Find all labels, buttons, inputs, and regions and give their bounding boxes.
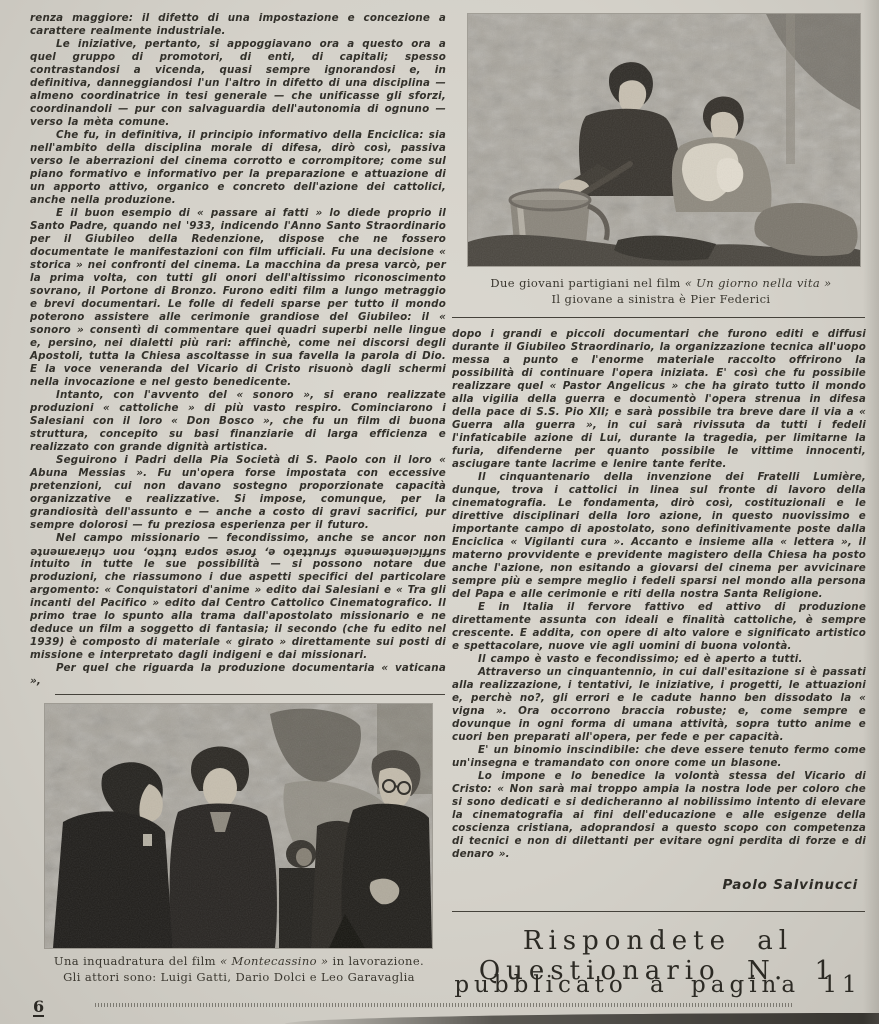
paragraph: E' un binomio inscindibile: che deve ess…: [452, 744, 866, 770]
caption-text: in lavorazione.: [328, 954, 424, 968]
caption-text: Due giovani partigiani nel film: [490, 276, 684, 290]
paragraph: Attraverso un cinquantennio, in cui dall…: [452, 666, 866, 744]
caption-text-line2: Il giovane a sinistra è Pier Federici: [455, 292, 867, 308]
paragraph: Seguirono i Padri della Pia Società di S…: [30, 454, 446, 532]
film-title: « Un giorno nella vita »: [685, 276, 832, 290]
questionnaire-notice-line2: pubblicato a pagina 11: [448, 972, 868, 998]
left-column: renza maggiore: il difetto di una impost…: [30, 12, 446, 688]
page-number: 6: [33, 998, 44, 1017]
divider-rule: [55, 694, 445, 695]
paragraph: renza maggiore: il difetto di una impost…: [30, 12, 446, 38]
photo-bottom-caption: Una inquadratura del film « Montecassino…: [38, 954, 440, 985]
paragraph: Che fu, in definitiva, il principio info…: [30, 129, 446, 207]
right-column: dopo i grandi e piccoli documentari che …: [452, 328, 866, 861]
montecassino-photo: [45, 704, 432, 948]
page-edge-shading: [863, 0, 879, 1024]
paragraph: intuito in tutte le sue possibilità — si…: [30, 558, 446, 662]
paragraph: Il cinquantenario della invenzione dei F…: [452, 471, 866, 601]
paragraph: dopo i grandi e piccoli documentari che …: [452, 328, 866, 471]
paragraph: Intanto, con l'avvento del « sonoro », s…: [30, 389, 446, 454]
film-title: « Montecassino »: [220, 954, 328, 968]
paragraph: Il campo è vasto e fecondissimo; ed è ap…: [452, 653, 866, 666]
paragraph: Per quel che riguarda la produzione docu…: [30, 662, 446, 688]
montecassino-photo-art: [45, 704, 432, 948]
caption-text-line2: Gli attori sono: Luigi Gatti, Dario Dolc…: [38, 970, 440, 986]
paragraph: E il buon esempio di « passare ai fatti …: [30, 207, 446, 389]
paragraph: Lo impone e lo benedice la volontà stess…: [452, 770, 866, 861]
paragraph: Le iniziative, pertanto, si appoggiavano…: [30, 38, 446, 129]
author-signature: Paolo Salvinucci: [452, 877, 858, 893]
paragraph-first-line: Nel campo missionario — fecondissimo, an…: [30, 532, 446, 545]
upside-down-printed-line: sufficientemente sfruttato e, forse sopr…: [30, 545, 446, 558]
imprint-microtext: [95, 1003, 793, 1007]
divider-rule: [452, 317, 865, 318]
paragraph: E in Italia il fervore fattivo ed attivo…: [452, 601, 866, 653]
partisans-photo: [468, 14, 860, 266]
caption-text: Una inquadratura del film: [54, 954, 220, 968]
partisans-photo-art: [468, 14, 860, 266]
scan-edge-shadow: [285, 1013, 879, 1024]
divider-rule: [452, 911, 865, 912]
photo-top-caption: Due giovani partigiani nel film « Un gio…: [455, 276, 867, 307]
